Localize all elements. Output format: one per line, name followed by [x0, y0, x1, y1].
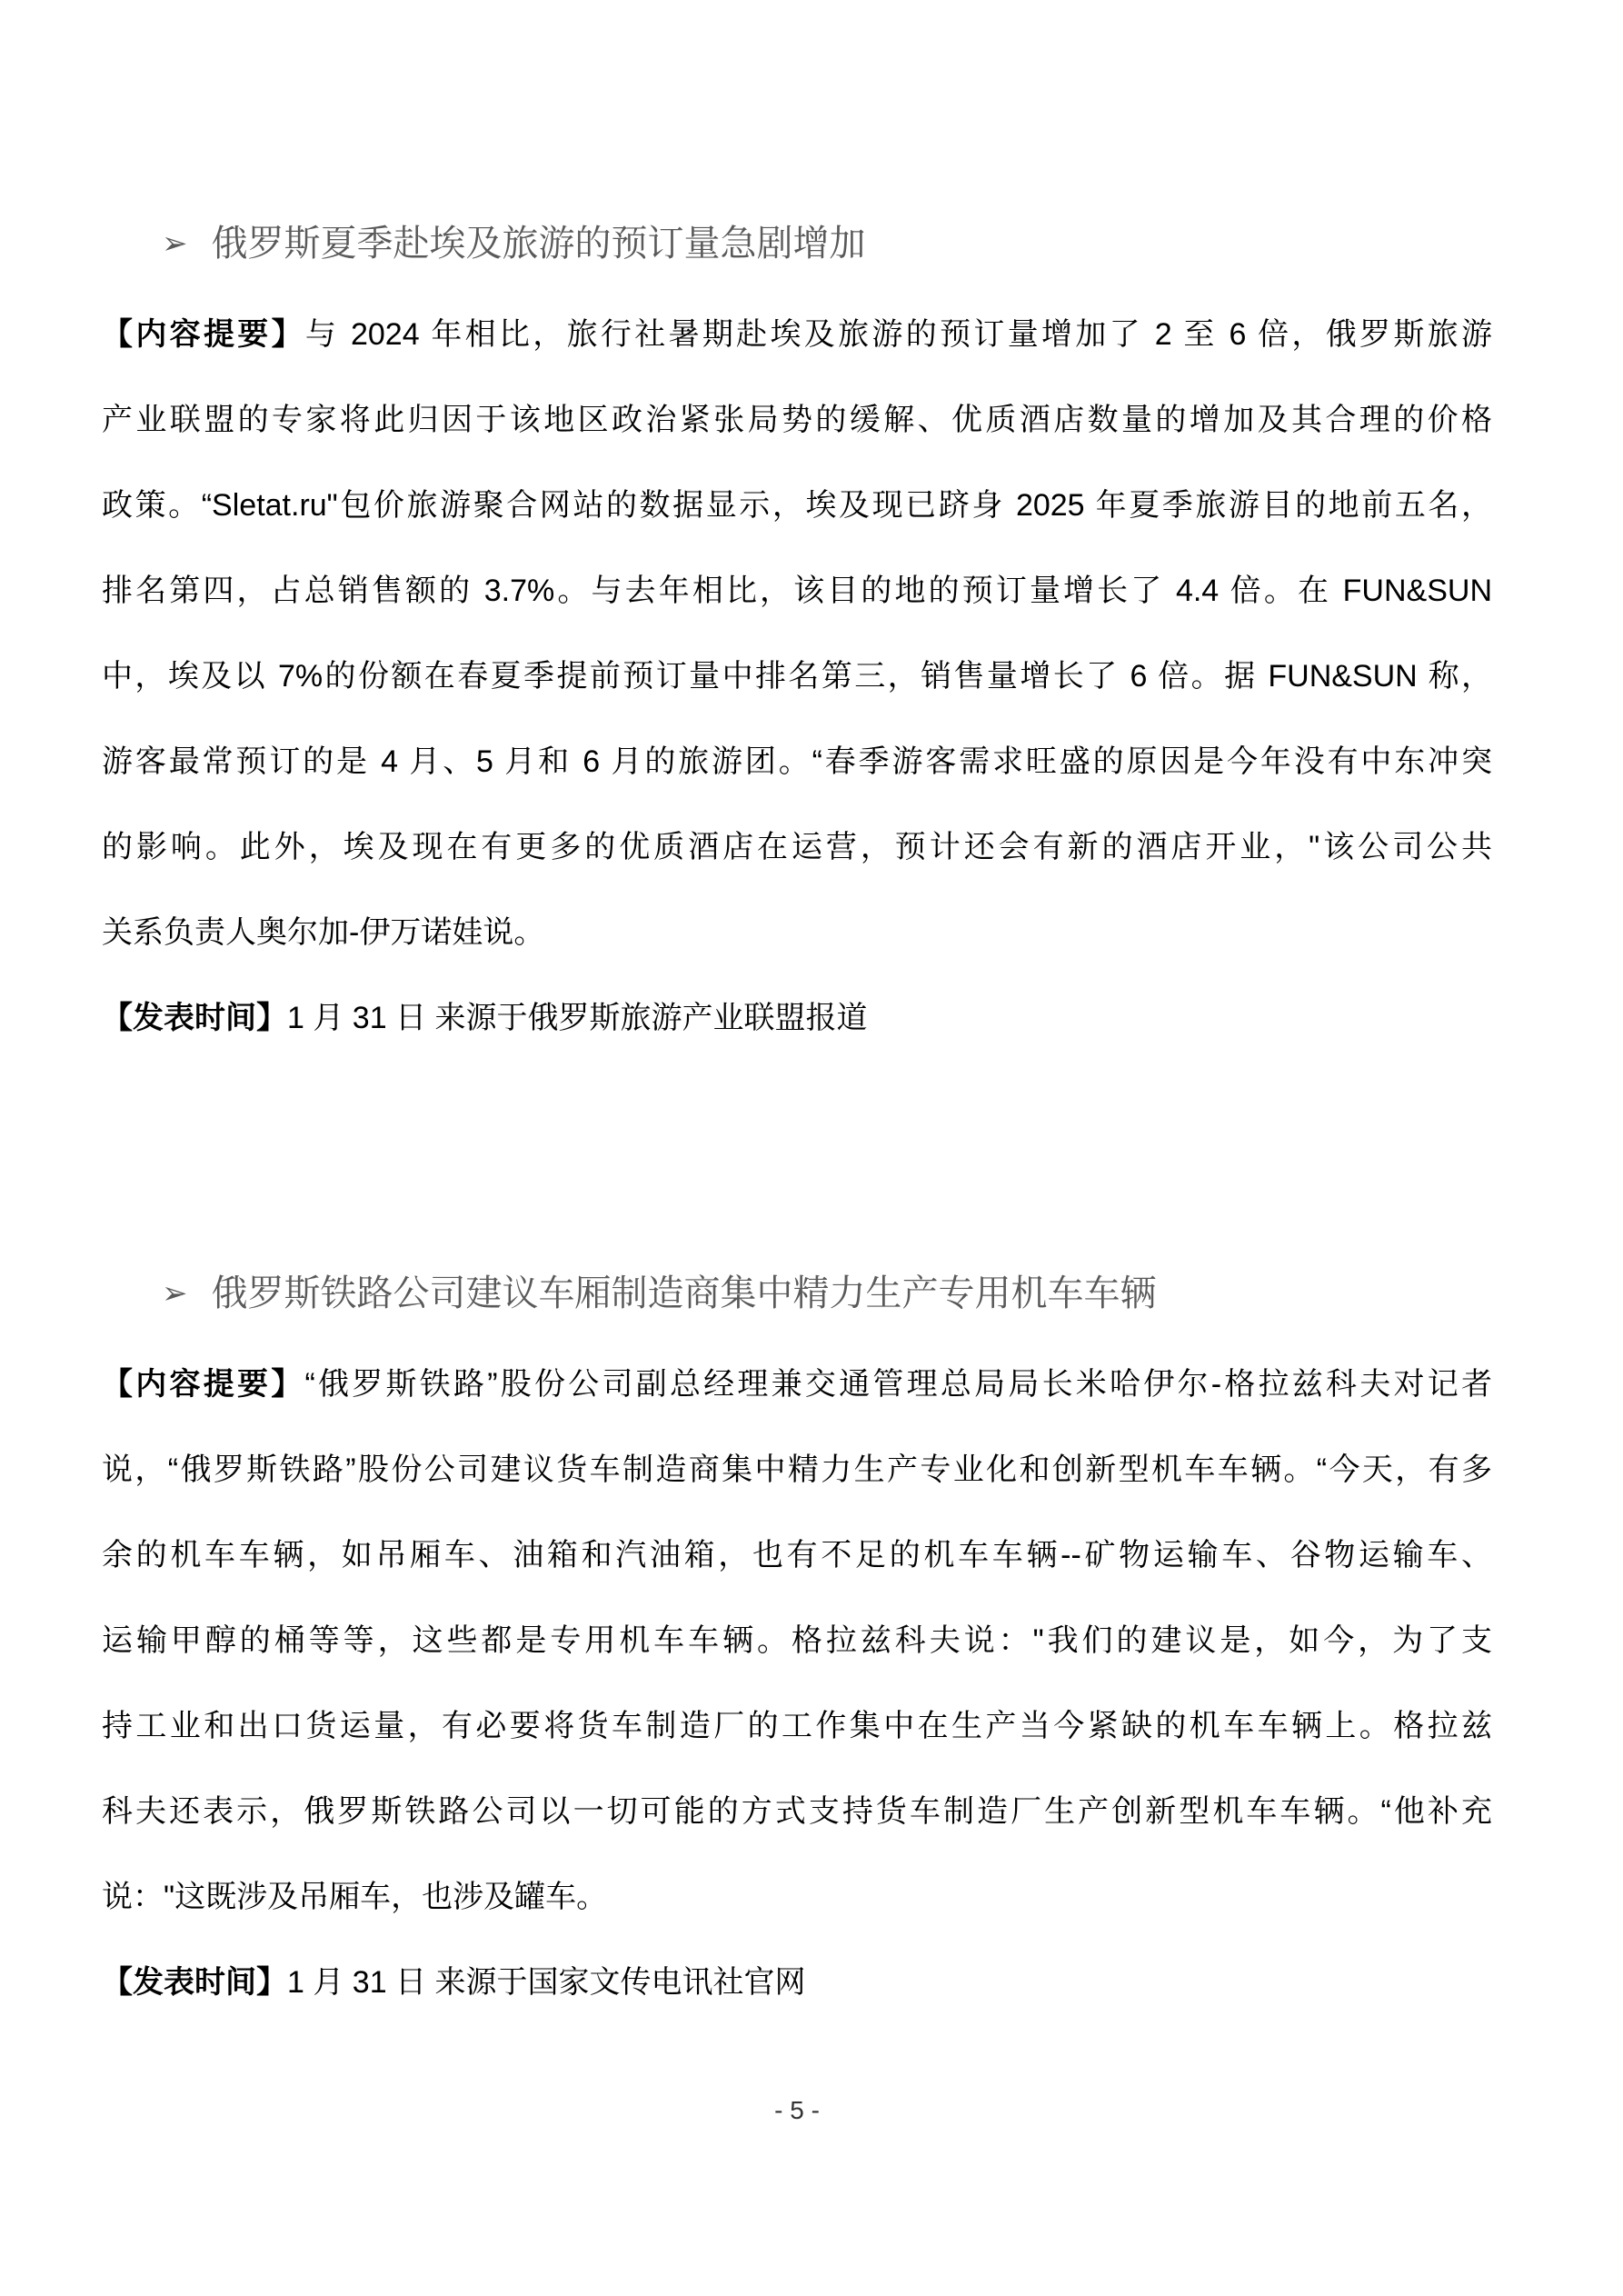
publish-label: 【发表时间】 — [102, 1965, 287, 2000]
summary-label: 【内容提要】 — [102, 1367, 304, 1402]
summary-paragraph: 【内容提要】“俄罗斯铁路”股份公司副总经理兼交通管理总局局长米哈伊尔-格拉兹科夫… — [102, 1342, 1492, 1940]
body-line: 的影响。此外，埃及现在有更多的优质酒店在运营，预计还会有新的酒店开业，"该公司公… — [102, 804, 1492, 890]
body-line: 运输甲醇的桶等等，这些都是专用机车车辆。格拉兹科夫说："我们的建议是，如今，为了… — [102, 1598, 1492, 1683]
publish-text: 1 月 31 日 来源于国家文传电讯社官网 — [287, 1965, 806, 2000]
body-line: 说，“俄罗斯铁路”股份公司建议货车制造商集中精力生产专业化和创新型机车车辆。“今… — [102, 1427, 1492, 1512]
body-line: 科夫还表示，俄罗斯铁路公司以一切可能的方式支持货车制造厂生产创新型机车车辆。“他… — [102, 1769, 1492, 1854]
body-line: 关系负责人奥尔加-伊万诺娃说。 — [102, 890, 1492, 975]
document-page: ➢ 俄罗斯夏季赴埃及旅游的预订量急剧增加 【内容提要】与 2024 年相比，旅行… — [0, 0, 1623, 2296]
body-line: 说："这既涉及吊厢车，也涉及罐车。 — [102, 1854, 1492, 1940]
body-line: 持工业和出口货运量，有必要将货车制造厂的工作集中在生产当今紧缺的机车车辆上。格拉… — [102, 1683, 1492, 1769]
page-number: - 5 - — [102, 2092, 1492, 2129]
body-line: 游客最常预订的是 4 月、5 月和 6 月的旅游团。“春季游客需求旺盛的原因是今… — [102, 719, 1492, 804]
body-line: 排名第四，占总销售额的 3.7%。与去年相比，该目的地的预订量增长了 4.4 倍… — [102, 548, 1492, 634]
section-heading: ➢ 俄罗斯夏季赴埃及旅游的预订量急剧增加 — [102, 201, 1492, 286]
arrow-bullet-icon: ➢ — [162, 228, 188, 259]
summary-paragraph: 【内容提要】与 2024 年相比，旅行社暑期赴埃及旅游的预订量增加了 2 至 6… — [102, 292, 1492, 975]
publish-line: 【发表时间】1 月 31 日 来源于国家文传电讯社官网 — [102, 1940, 1492, 2025]
section-heading: ➢ 俄罗斯铁路公司建议车厢制造商集中精力生产专用机车车辆 — [102, 1251, 1492, 1336]
publish-label: 【发表时间】 — [102, 1001, 287, 1035]
page-content: ➢ 俄罗斯夏季赴埃及旅游的预订量急剧增加 【内容提要】与 2024 年相比，旅行… — [102, 201, 1492, 2129]
body-line: 中，埃及以 7%的份额在春夏季提前预订量中排名第三，销售量增长了 6 倍。据 F… — [102, 634, 1492, 719]
body-line: 【内容提要】与 2024 年相比，旅行社暑期赴埃及旅游的预订量增加了 2 至 6… — [102, 292, 1492, 377]
body-line-text: 与 2024 年相比，旅行社暑期赴埃及旅游的预订量增加了 2 至 6 倍，俄罗斯… — [305, 317, 1492, 352]
section-title: 俄罗斯铁路公司建议车厢制造商集中精力生产专用机车车辆 — [212, 1251, 1157, 1336]
body-line: 【内容提要】“俄罗斯铁路”股份公司副总经理兼交通管理总局局长米哈伊尔-格拉兹科夫… — [102, 1342, 1492, 1427]
publish-text: 1 月 31 日 来源于俄罗斯旅游产业联盟报道 — [287, 1001, 868, 1035]
summary-label: 【内容提要】 — [102, 317, 305, 352]
news-section-egypt-tourism: ➢ 俄罗斯夏季赴埃及旅游的预订量急剧增加 【内容提要】与 2024 年相比，旅行… — [102, 201, 1492, 1061]
arrow-bullet-icon: ➢ — [162, 1278, 188, 1309]
body-line: 余的机车车辆，如吊厢车、油箱和汽油箱，也有不足的机车车辆--矿物运输车、谷物运输… — [102, 1512, 1492, 1598]
news-section-russian-railways: ➢ 俄罗斯铁路公司建议车厢制造商集中精力生产专用机车车辆 【内容提要】“俄罗斯铁… — [102, 1251, 1492, 2025]
body-line: 政策。“Sletat.ru"包价旅游聚合网站的数据显示，埃及现已跻身 2025 … — [102, 463, 1492, 548]
body-line: 产业联盟的专家将此归因于该地区政治紧张局势的缓解、优质酒店数量的增加及其合理的价… — [102, 377, 1492, 463]
publish-line: 【发表时间】1 月 31 日 来源于俄罗斯旅游产业联盟报道 — [102, 975, 1492, 1061]
section-title: 俄罗斯夏季赴埃及旅游的预订量急剧增加 — [212, 201, 866, 286]
body-line-text: “俄罗斯铁路”股份公司副总经理兼交通管理总局局长米哈伊尔-格拉兹科夫对记者 — [304, 1367, 1492, 1402]
